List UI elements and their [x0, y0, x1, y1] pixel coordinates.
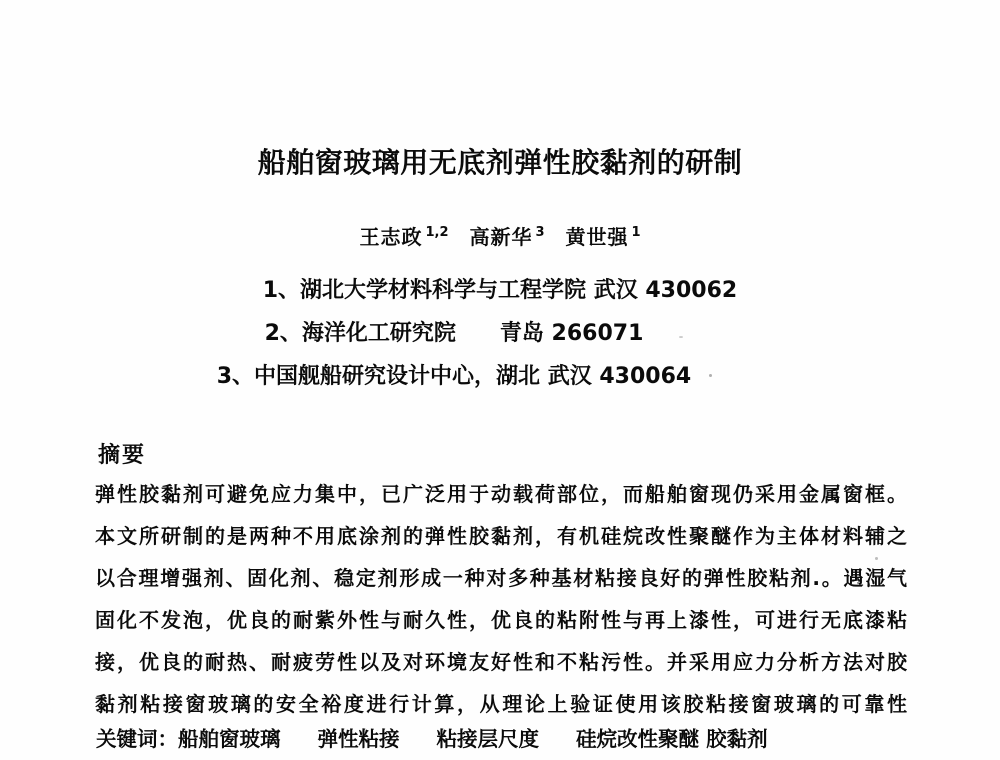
scan-artifact-speck — [709, 374, 712, 377]
affiliation-line: 1、湖北大学材料科学与工程学院 武汉 430062 — [0, 269, 1000, 312]
keyword-item: 硅烷改性聚醚 胶黏剂 — [576, 727, 768, 751]
author-name: 王志政 — [359, 225, 422, 249]
affiliation-line: 2、海洋化工研究院 青岛 266071 — [0, 312, 954, 355]
keywords-label: 关键词： — [96, 727, 178, 751]
author-name: 高新华 — [469, 225, 532, 249]
author-superscript: 3 — [535, 225, 544, 240]
keywords-line: 关键词：船舶窗玻璃弹性粘接粘接层尺度硅烷改性聚醚 胶黏剂 — [96, 722, 768, 752]
abstract-paragraph: 弹性胶黏剂可避免应力集中，已广泛用于动载荷部位，而船舶窗现仍采用金属窗框。 本文… — [95, 473, 907, 725]
author-line: 王志政1,2 高新华3 黄世强1 — [0, 221, 1000, 250]
abstract-line: 以合理增强剂、固化剂、稳定剂形成一种对多种基材粘接良好的弹性胶粘剂.。遇湿气 — [95, 557, 907, 599]
scanned-paper-page: 船舶窗玻璃用无底剂弹性胶黏剂的研制 王志政1,2 高新华3 黄世强1 1、湖北大… — [0, 0, 1000, 760]
abstract-heading: 摘要 — [98, 438, 146, 469]
author: 高新华3 — [469, 225, 544, 249]
abstract-line: 黏剂粘接窗玻璃的安全裕度进行计算，从理论上验证使用该胶粘接窗玻璃的可靠性 — [95, 683, 907, 725]
author: 王志政1,2 — [359, 225, 448, 249]
author-superscript: 1 — [631, 225, 640, 240]
keyword-item: 弹性粘接 — [318, 727, 400, 751]
abstract-line: 固化不发泡，优良的耐紫外性与耐久性，优良的粘附性与再上漆性，可进行无底漆粘 — [95, 599, 907, 641]
affiliation-line: 3、中国舰船研究设计中心，湖北 武汉 430064 — [0, 355, 954, 398]
keyword-item: 船舶窗玻璃 — [178, 727, 281, 751]
scan-artifact-speck — [875, 557, 878, 560]
affiliations-block: 1、湖北大学材料科学与工程学院 武汉 430062 2、海洋化工研究院 青岛 2… — [0, 269, 1000, 398]
author-name: 黄世强 — [565, 225, 628, 249]
abstract-line: 本文所研制的是两种不用底涂剂的弹性胶黏剂，有机硅烷改性聚醚作为主体材料辅之 — [95, 515, 907, 557]
keyword-item: 粘接层尺度 — [437, 727, 540, 751]
abstract-line: 弹性胶黏剂可避免应力集中，已广泛用于动载荷部位，而船舶窗现仍采用金属窗框。 — [95, 473, 907, 515]
paper-title: 船舶窗玻璃用无底剂弹性胶黏剂的研制 — [0, 141, 1000, 181]
abstract-line: 接，优良的耐热、耐疲劳性以及对环境友好性和不粘污性。并采用应力分析方法对胶 — [95, 641, 907, 683]
author-superscript: 1,2 — [425, 225, 448, 240]
author: 黄世强1 — [565, 225, 640, 249]
scan-artifact-speck — [679, 336, 683, 338]
